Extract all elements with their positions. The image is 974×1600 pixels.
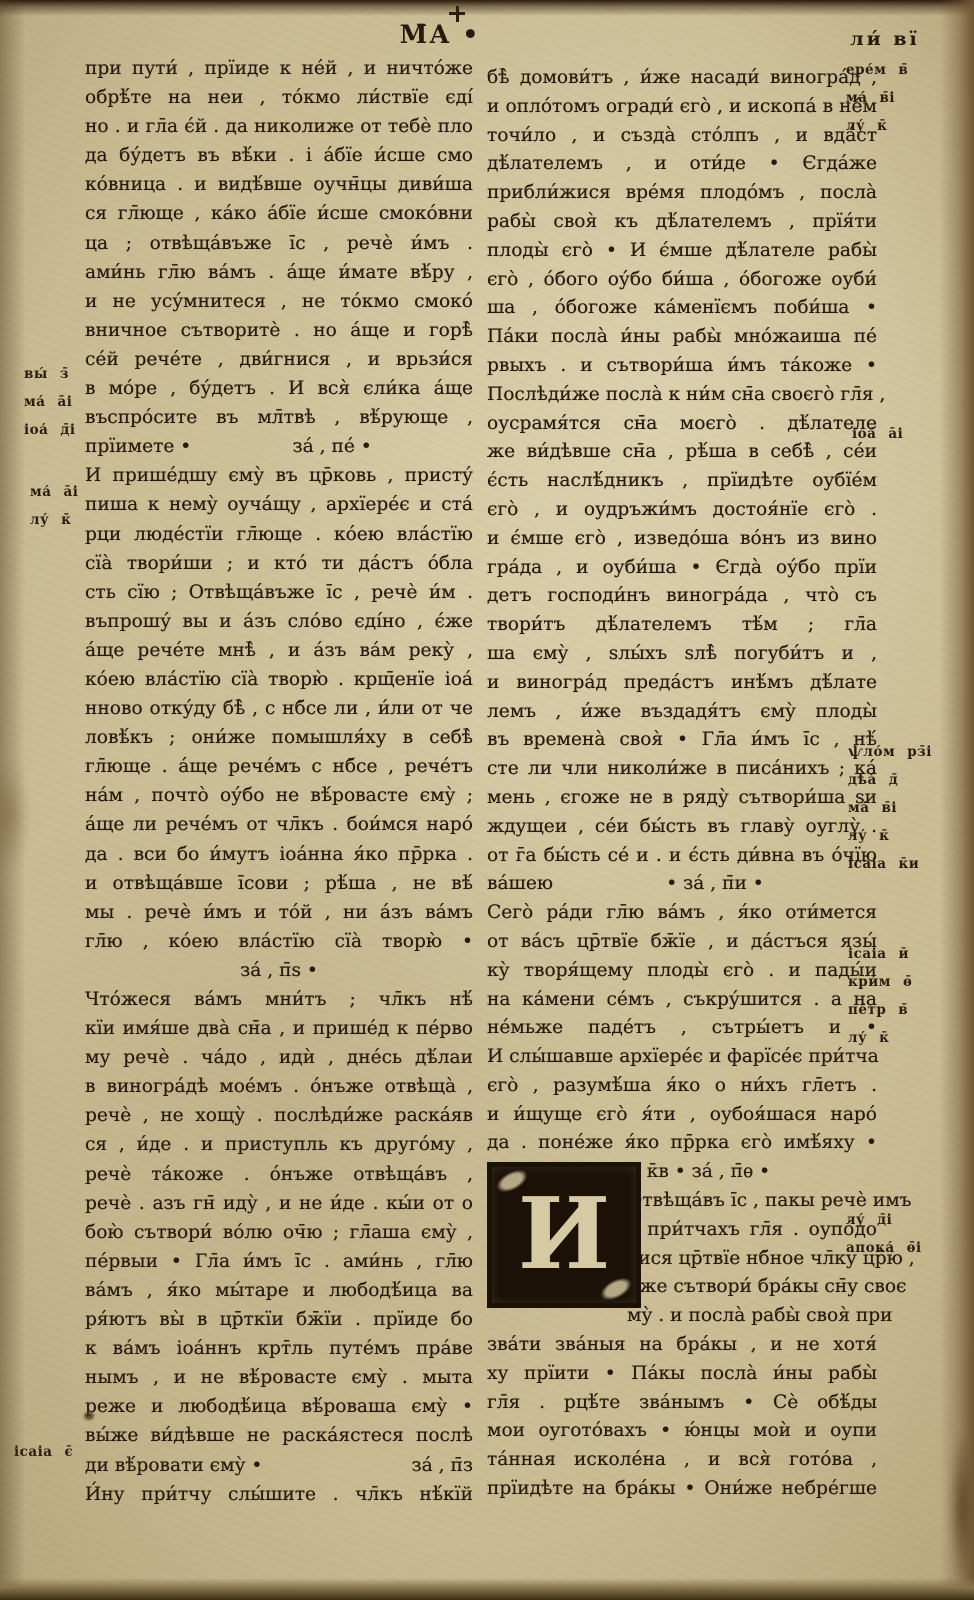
margin-reference: лу́к̄: [848, 822, 932, 850]
reference-book: кри́м: [848, 968, 891, 996]
reference-chapter: ѳ̄: [903, 968, 921, 996]
margin-reference: ма́в̄і: [846, 84, 916, 112]
reference-book: лу́: [848, 1024, 867, 1052]
reference-book: ісаіа: [848, 940, 886, 968]
text-line: се́й рече́те , дви́гнися , и врьзи́ся: [85, 345, 473, 374]
initial-letter: И: [518, 1186, 611, 1284]
text-line: ку̀ творя́щему плоды̀ єго̀ . и пады́и: [487, 957, 877, 986]
reference-chapter: д̄і: [877, 1206, 895, 1234]
text-line: мень , єгоже не в ряду̀ сътвори́ша ѕи: [487, 784, 877, 813]
text-segment: ди вѣ́ровати єму̀ •: [85, 1451, 262, 1480]
text-line: Послѣди́же посла̀ к ни́м сн̄а своєго̀ гл…: [487, 381, 877, 410]
reference-chapter: а̄і: [57, 388, 75, 416]
text-line: пиша к нему̀ оуча́щу , архїере́є и ста́: [85, 490, 473, 519]
text-line: а́ще ли рече́мъ от чл̄къ . бои́мся наро́: [85, 810, 473, 839]
text-line: за́ , п̄ѕ •: [85, 956, 473, 985]
text-line: бѣ̀ домови́тъ , и́же насади́ виногра́д ,: [487, 64, 877, 93]
text-line: ря́ютъ вы̀ в цр̄ткїи бж̄їи . прїиде бо: [85, 1305, 473, 1334]
text-line: плоды̀ єго̀ • И є́мше дѣ́лателе рабы̀: [487, 237, 877, 266]
reference-book: ісаіа: [848, 850, 886, 878]
reference-book: іоа́: [24, 416, 48, 444]
zachalo-marker: за́ , пе́ •: [293, 432, 372, 461]
running-title: м̄а •: [380, 20, 500, 49]
text-line: а́ще рече́те мнѣ̀ , и а́зъ ва́м реку̀ ,: [85, 636, 473, 665]
text-line: в виногра́дѣ мое́мъ . о́нъже отвѣща̀ ,: [85, 1072, 473, 1101]
text-line: оусрамя́тся сн̄а моєго̀ . дѣ́лателе: [487, 410, 877, 439]
reference-chapter: к̄: [877, 112, 895, 140]
text-line: гл̄я . рцѣ́те зва́нымъ • Сѐ обѣ́ды: [487, 1389, 877, 1418]
reference-chapter: в̄: [898, 56, 916, 84]
margin-reference: ісаіак̄и: [848, 850, 932, 878]
text-line: кїи имя́ше два̀ сн̄а , и прише́д к пе́рв…: [85, 1014, 473, 1043]
text-line: Сего̀ ра́ди гл̄ю ва́мъ , я́ко оти́мется: [487, 899, 877, 928]
margin-reference: ере́мв̄: [846, 56, 916, 84]
text-line: дѣ́лателемъ , и оти́де • Єгда́же: [487, 150, 877, 179]
text-line: но . и гл̄а є́й . да николиже от тебѐ пл…: [85, 112, 473, 141]
margin-reference-group-right: ісаіаӣкри́мѳ̄пе́трв̄лу́к̄: [848, 940, 921, 1052]
reference-book: вы́: [24, 360, 48, 388]
reference-book: лу́: [848, 822, 867, 850]
text-line: мы . речѐ и́мъ и то́й , ни а́зъ ва́мъ: [85, 898, 473, 927]
text-line: нымъ , и не вѣ́ровасте єму̀ . мыта: [85, 1363, 473, 1392]
reference-book: ѱло́м: [848, 738, 895, 766]
reference-chapter: к̄: [879, 822, 897, 850]
text-line: въ времена̀ своя̀ • Гл̄а и́мъ і̄с , нѣ́: [487, 726, 877, 755]
text-line: ко́вница . и видѣ́вше оучн̄цы диви́ша: [85, 170, 473, 199]
text-line: ся , и́де . и приступль къ друго́му ,: [85, 1130, 473, 1159]
text-line: от г̄а бы́сть се́ и . и є́сть ди́вна въ …: [487, 842, 877, 871]
text-line: лемъ , и́же въздадя́тъ єму̀ плоды̀: [487, 698, 877, 727]
text-line: зва́ти зва́ныя на бра́кы , и не хотя́: [487, 1331, 877, 1360]
text-line: рабы̀ своя̀ къ дѣ́лателемъ , прїя́ти: [487, 208, 877, 237]
text-line: при пути́ , прїиде к не́й , и ничто́же: [85, 54, 473, 83]
margin-reference: іоа́д̄і: [24, 416, 78, 444]
text-line: речѐ , не хощу̀ . послѣди́же раска́яв: [85, 1101, 473, 1130]
text-line: ко́ею вла́стїю сїа̀ творю̀ . крщ̄енїе іо…: [85, 665, 473, 694]
text-line: да . вси бо и́мутъ іоа́нна я́ко пр̄рка .: [85, 840, 473, 869]
margin-reference: кри́мѳ̄: [848, 968, 921, 996]
margin-reference: лу́д̄і: [846, 1206, 925, 1234]
text-line: ждущеи , се́и бы́сть въ главу̀ оуглу̀ .: [487, 813, 877, 842]
reference-book: апока́: [846, 1234, 895, 1262]
text-line: ша єму̀ , ѕлы́хъ ѕлѣ̀ погуби́тъ и ,: [487, 640, 877, 669]
text-line: да . поне́же я́ко пр̄рка єго̀ имѣ́яху •: [487, 1129, 877, 1158]
text-line: єго̀ , разумѣ́ша я́ко о ни́хъ гл̄етъ .: [487, 1072, 877, 1101]
margin-reference: лу́к̄: [846, 112, 916, 140]
reference-chapter: в̄: [898, 996, 916, 1024]
reference-chapter: к̄: [61, 506, 79, 534]
text-line: и не усу́мнитеся , не то́кмо смоко́: [85, 287, 473, 316]
margin-reference: ма́в̄і: [848, 794, 932, 822]
reference-chapter: є̄: [64, 1438, 82, 1466]
page-edge-right: [940, 0, 974, 1600]
text-line: Па́ки посла̀ и́ны рабы̀ мно́жаиша пе́: [487, 323, 877, 352]
text-line: сть сїю ; Отвѣща́въже і̄с , речѐ и́м .: [85, 578, 473, 607]
reference-book: ма́: [30, 478, 51, 506]
page-edge-left: [0, 0, 26, 1600]
text-line: не́мьже паде́тъ , сътры́етъ и •: [487, 1014, 877, 1043]
margin-reference: ма́а̄і: [30, 478, 81, 506]
text-line: рци люде́стїи гл̄юще . ко́ею вла́стїю: [85, 520, 473, 549]
text-line: му речѐ . ча́до , идѝ , дне́сь дѣ́лаи: [85, 1043, 473, 1072]
text-line: ва́мъ , я́ко мы́таре и любодѣ́ица ва: [85, 1276, 473, 1305]
text-line: є́сть наслѣ́дникъ , прїидѣте оубїе́м: [487, 467, 877, 496]
page-edge-top: [0, 0, 974, 16]
text-line: ца ; отвѣща́въже і̄с , речѐ и́мъ .: [85, 229, 473, 258]
text-line: сте ли чли николи́же в писа́нихъ ; ка́: [487, 755, 877, 784]
text-line: бою̀ сътвори́ во́лю оч̄ю ; гл̄аша єму̀ ,: [85, 1218, 473, 1247]
text-line: вы́же ви́дѣвше не раска́ястеся послѣ: [85, 1421, 473, 1450]
zachalo-marker: • за́ , п̄и •: [666, 870, 764, 899]
text-line: на́м , почто̀ оу́бо не вѣ́ровасте єму̀ ;: [85, 781, 473, 810]
margin-reference: апока́ѳ̄і: [846, 1234, 925, 1262]
reference-book: пе́тр: [848, 996, 886, 1024]
text-line: ху прїити • Па́кы посла̀ и́ны рабы̀: [487, 1360, 877, 1389]
running-title-text: м̄а: [400, 20, 452, 49]
reference-chapter: ӣ: [898, 940, 916, 968]
text-line: в мо́ре , бу́детъ . И вся̀ єли́ка а́ще: [85, 374, 473, 403]
text-line: гл̄ю , ко́ею вла́стїю сїа̀ творю̀ •: [85, 927, 473, 956]
reference-chapter: д̄: [889, 766, 907, 794]
text-line: да бу́детъ въ вѣ́ки . і а́бїе и́сше смо: [85, 141, 473, 170]
reference-book: ма́: [24, 388, 45, 416]
margin-reference-group-left: ма́а̄ілу́к̄: [30, 478, 81, 534]
text-line: гл̄юще . а́ще рече́мъ с нб̄се , рече́тъ: [85, 752, 473, 781]
margin-reference-group-right: ѱло́мрз̄ідѣа́д̄ма́в̄ілу́к̄ісаіак̄и: [848, 738, 932, 878]
page-edge-bottom: [0, 1578, 974, 1600]
text-line: детъ господи́нъ виногра́да , что̀ съ: [487, 582, 877, 611]
reference-chapter: з̄: [60, 360, 78, 388]
book-page-scan: м̄а • ли́ вї при пути́ , прїиде к не́й ,…: [0, 0, 974, 1600]
text-line: твори́тъ дѣ́лателемъ тѣ́м ; гл̄а: [487, 611, 877, 640]
reference-book: ере́м: [846, 56, 886, 84]
text-line: мои оугото́вахъ • ю́нцы моѝ и оупи: [487, 1417, 877, 1446]
text-segment: ва́шею: [487, 870, 553, 899]
margin-reference-group-right: лу́д̄іапока́ѳ̄і: [846, 1206, 925, 1262]
reference-book: лу́: [846, 112, 865, 140]
text-line: обрѣ́те на неи , то́кмо ли́ствїе єді́: [85, 83, 473, 112]
reference-chapter: в̄і: [881, 794, 899, 822]
margin-reference: ѱло́мрз̄і: [848, 738, 932, 766]
reference-chapter: д̄і: [60, 416, 78, 444]
text-line: єго̀ , о́бого оу́бо би́ша , о́богоже оуб…: [487, 266, 877, 295]
margin-reference-group-left: вы́з̄ма́а̄ііоа́д̄і: [24, 360, 78, 444]
text-line: въпрошу́ вы и а́зъ сло́во єді́но , є́же: [85, 607, 473, 636]
text-line: ами́нь гл̄ю ва́мъ . а́ще и́мате вѣ́ру ,: [85, 258, 473, 287]
text-line: И слы́шавше архїере́є и фарїсе́є при́тча: [487, 1043, 877, 1072]
reference-book: лу́: [30, 506, 49, 534]
margin-reference: пе́трв̄: [848, 996, 921, 1024]
text-line: точи́ло , и създа̀ сто́лпъ , и вда́ст: [487, 122, 877, 151]
text-line: ся гл̄юще , ка́ко а́бїе и́сше смоко́вни: [85, 199, 473, 228]
reference-chapter: в̄і: [879, 84, 897, 112]
text-line: прїидѣте на бра́кы • Они́же небре́гше: [487, 1475, 877, 1504]
text-line: речѐ та́коже . о́нъже отвѣща́въ ,: [85, 1160, 473, 1189]
margin-reference: лу́к̄: [848, 1024, 921, 1052]
reference-book: лу́: [846, 1206, 865, 1234]
reference-chapter: рз̄і: [907, 738, 932, 766]
reference-book: дѣа́: [848, 766, 877, 794]
reference-chapter: к̄и: [898, 850, 919, 878]
margin-reference: лу́к̄: [30, 506, 81, 534]
text-line: и отвѣща́вше і̄сови ; рѣ́ша , не вѣ́: [85, 869, 473, 898]
margin-reference: дѣа́д̄: [848, 766, 932, 794]
reference-chapter: а̄і: [888, 420, 906, 448]
text-line: ди вѣ́ровати єму̀ •за́ , п̄з: [85, 1451, 473, 1480]
text-line: И́ну при́тчу слы́шите . чл̄къ нѣ́кїй: [85, 1480, 473, 1509]
text-line: на ка́мени се́мъ , съкру́шится . а на: [487, 986, 877, 1015]
text-line: пе́рвыи • Гл̄а и́мъ і̄с . ами́нь , гл̄ю: [85, 1247, 473, 1276]
text-line: речѐ . азъ гн̄ иду̀ , и не и́де . кы́и о…: [85, 1189, 473, 1218]
text-line: ша , о́богоже ка́менїємъ поби́ша •: [487, 294, 877, 323]
text-line: сїа̀ твори́ши ; и кто́ ти да́стъ о́бла: [85, 549, 473, 578]
text-line: вничное сътворитѐ . но а́ще и горѣ̀: [85, 316, 473, 345]
reference-chapter: а̄і: [63, 478, 81, 506]
margin-reference: вы́з̄: [24, 360, 78, 388]
decorative-initial-woodcut: И: [489, 1164, 639, 1306]
text-column-left: при пути́ , прїиде к не́й , и ничто́жеоб…: [85, 54, 473, 1509]
text-line: рвыхъ . и сътвори́ша и́мъ та́коже •: [487, 352, 877, 381]
text-line: Что́жеся ва́мъ мни́тъ ; чл̄къ нѣ́: [85, 985, 473, 1014]
reference-book: ма́: [846, 84, 867, 112]
reference-chapter: к̄: [879, 1024, 897, 1052]
text-line: и опло́томъ огради́ єго̀ , и ископа́ в н…: [487, 93, 877, 122]
text-line: му̀ . и посла̀ рабы̀ своя̀ при: [487, 1302, 877, 1331]
text-line: и и́щуще єго̀ я́ти , оубоя́шася наро́: [487, 1101, 877, 1130]
ink-fleck: [84, 1412, 94, 1420]
text-line: єго̀ , и оудръжи́мъ достоя́нїе єго̀ .: [487, 496, 877, 525]
reference-book: ма́: [848, 794, 869, 822]
text-line: от ва́съ цр̄твїе бж̄їе , и да́стъся язы́: [487, 928, 877, 957]
text-line: реже и любодѣ́ица вѣ́роваша єму̀ •: [85, 1392, 473, 1421]
text-line: ловѣ́къ ; они́же помышля́ху в себѣ̀: [85, 723, 473, 752]
margin-reference-group-right: іоа́а̄і: [852, 420, 906, 448]
text-line: И прише́дшу єму̀ въ цр̄ковь , присту́: [85, 461, 473, 490]
text-line: прибли́жися вре́мя плодо́мъ , посла̀: [487, 179, 877, 208]
text-line: же ви́дѣвше сн̄а , рѣ́ша в себѣ̀ , се́и: [487, 438, 877, 467]
text-line: въспро́сите въ мл̄твѣ , вѣ́рующе ,: [85, 403, 473, 432]
text-line: и є́мше єго̀ , изведо́ша во́нъ из вино: [487, 525, 877, 554]
folio-number: ли́ вї: [830, 28, 940, 50]
reference-chapter: ѳ̄і: [907, 1234, 925, 1262]
margin-reference: ісаіаӣ: [848, 940, 921, 968]
reference-book: іоа́: [852, 420, 876, 448]
text-line: к ва́мъ іоа́ннъ крт̄ль путе́мъ пра́ве: [85, 1334, 473, 1363]
text-segment: прїимете •: [85, 432, 191, 461]
text-line: и виногра́д преда́стъ инѣ́мъ дѣ́лате: [487, 669, 877, 698]
text-line: прїимете •за́ , пе́ •: [85, 432, 473, 461]
margin-reference-group-right: ере́мв̄ма́в̄ілу́к̄: [846, 56, 916, 140]
text-line: гра́да , и оуби́ша • Єгда̀ оу́бо прїи: [487, 554, 877, 583]
text-line: та́нная исколе́на , и вся̀ гото́ва ,: [487, 1446, 877, 1475]
text-line: ва́шею• за́ , п̄и •: [487, 870, 877, 899]
margin-reference: іоа́а̄і: [852, 420, 906, 448]
running-title-dot: •: [462, 20, 480, 49]
margin-reference: ма́а̄і: [24, 388, 78, 416]
text-line: нново отку́ду бѣ̀ , с нб̄се ли , и́ли от…: [85, 694, 473, 723]
zachalo-marker: за́ , п̄з: [412, 1451, 474, 1480]
